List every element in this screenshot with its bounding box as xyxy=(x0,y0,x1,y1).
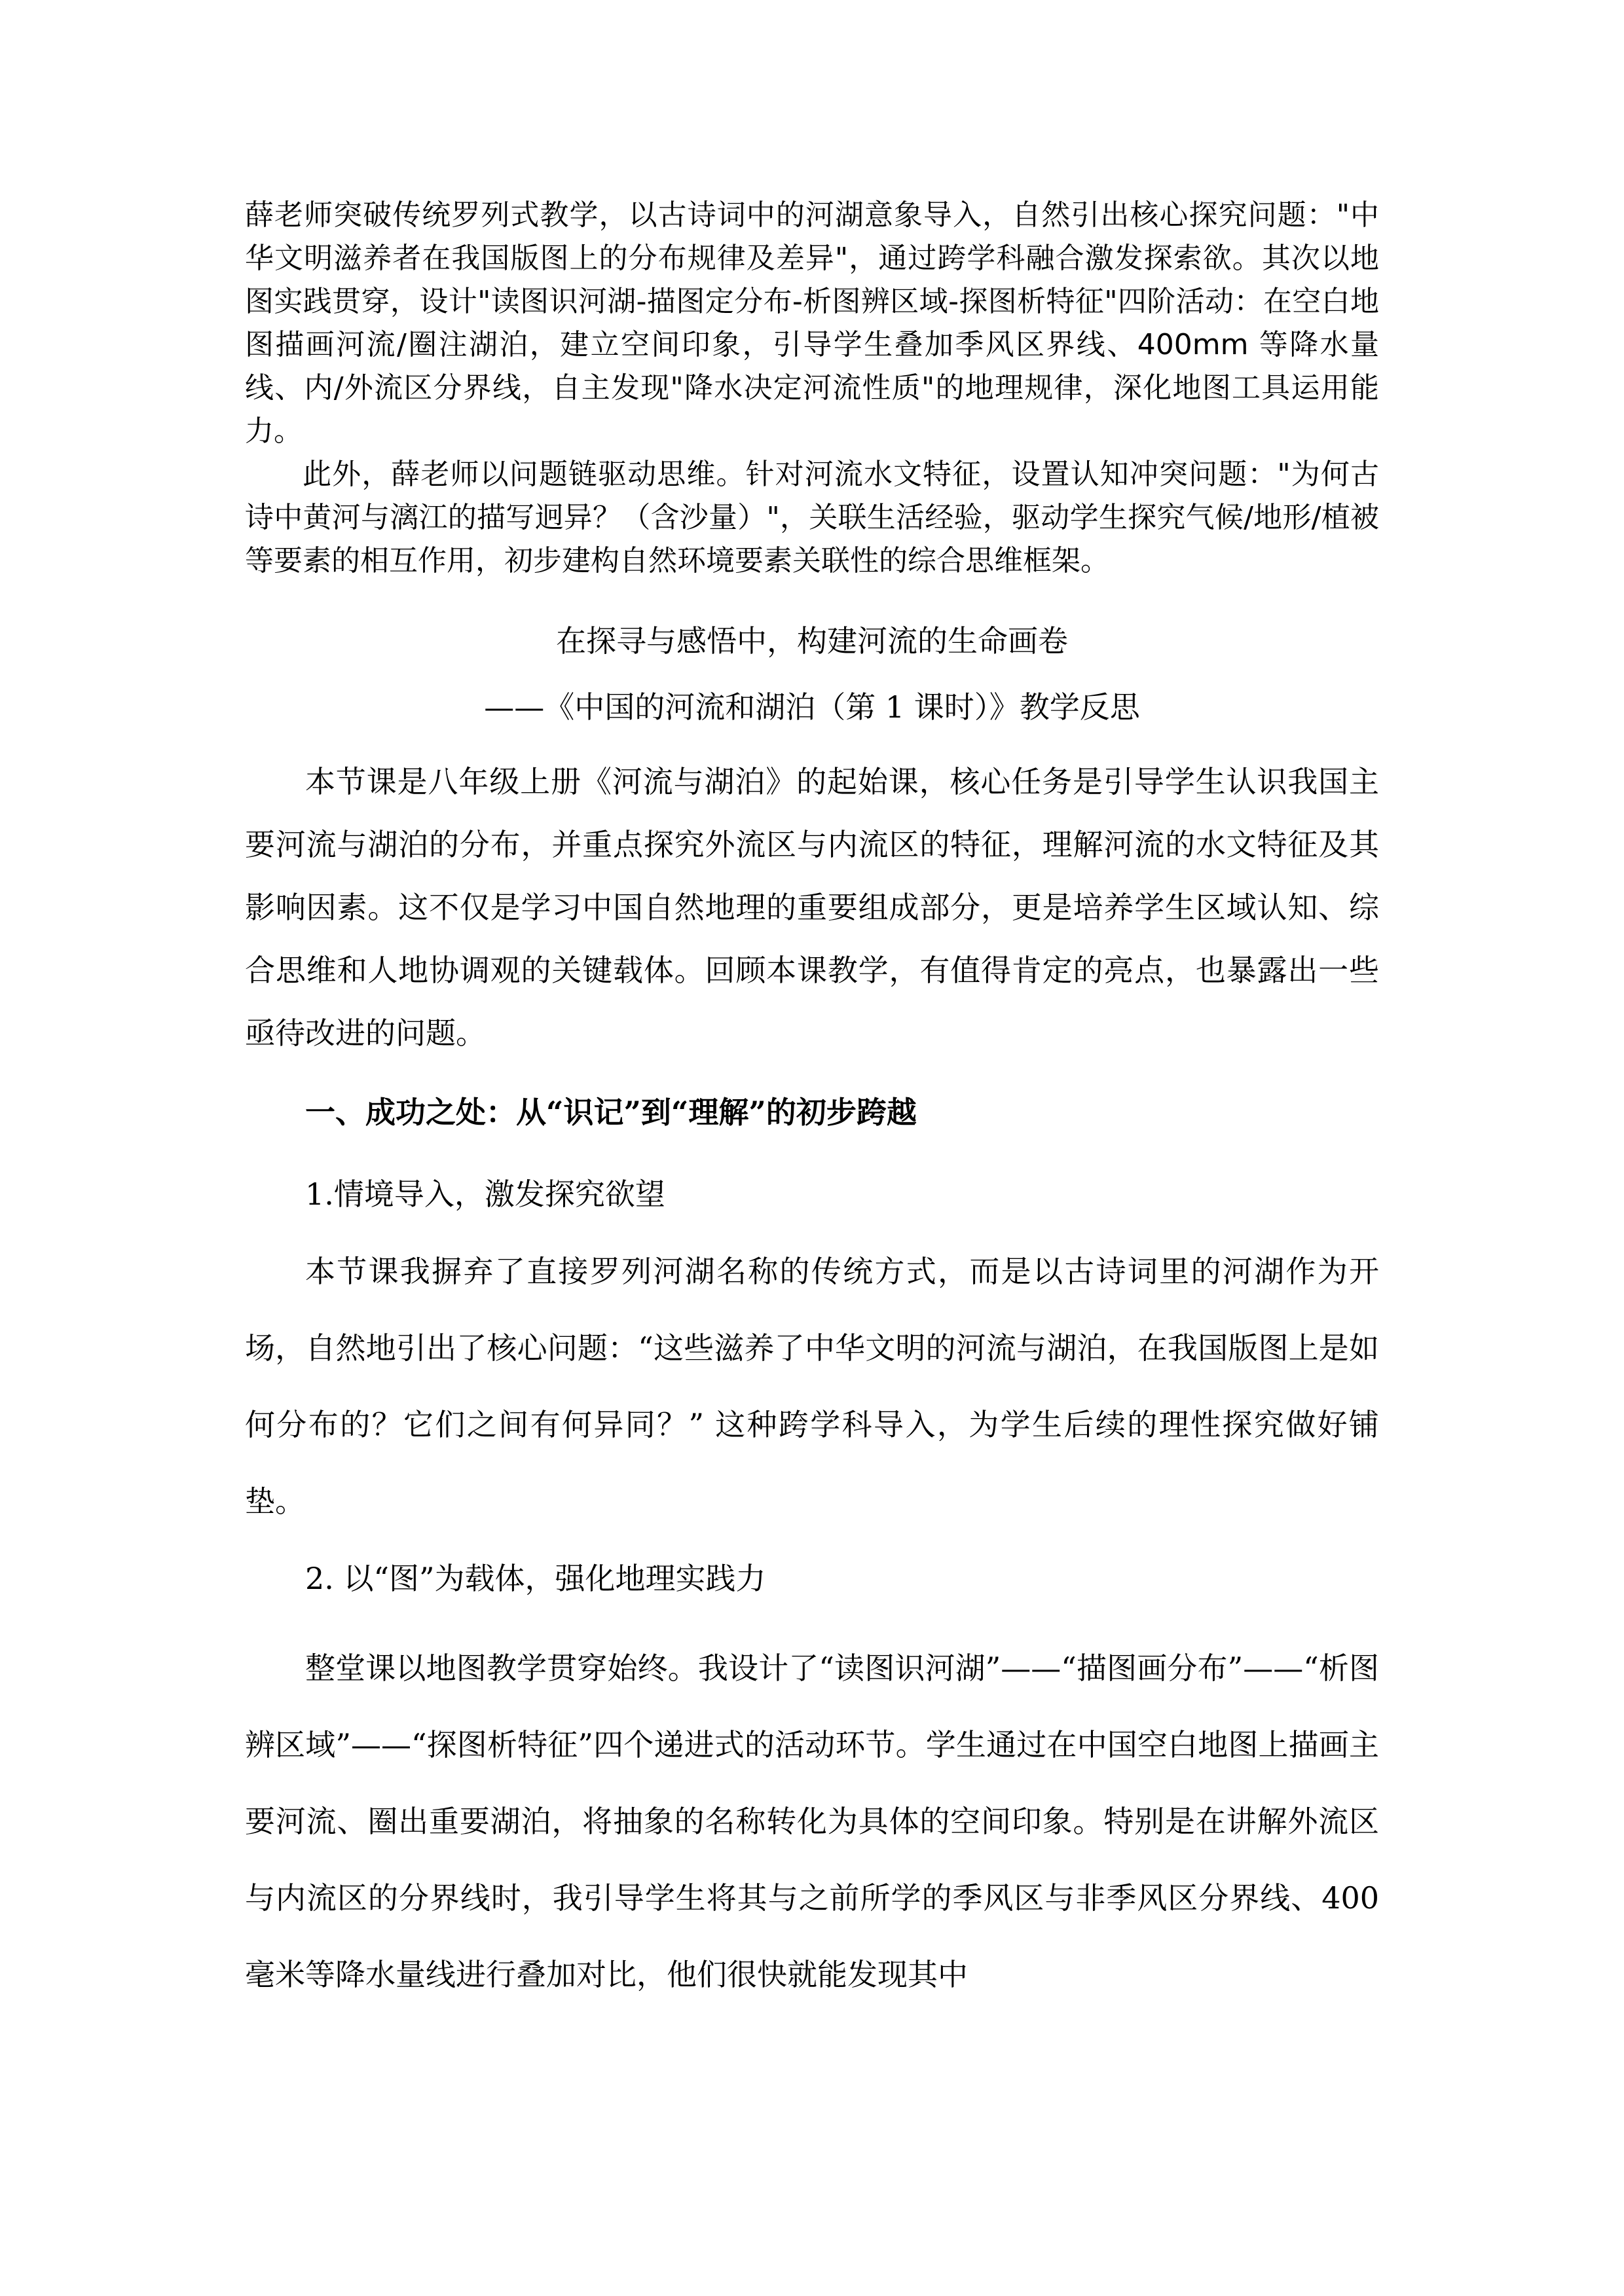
overview-paragraph: 本节课是八年级上册《河流与湖泊》的起始课，核心任务是引导学生认识我国主要河流与湖… xyxy=(245,750,1379,1065)
doc-title: 在探寻与感悟中，构建河流的生命画卷 xyxy=(245,608,1379,674)
section-1-heading: 一、成功之处：从“识记”到“理解”的初步跨越 xyxy=(245,1081,1379,1144)
text-column: 薛老师突破传统罗列式教学，以古诗词中的河湖意象导入，自然引出核心探究问题："中华… xyxy=(245,0,1379,2013)
subsection-2-paragraph: 整堂课以地图教学贯穿始终。我设计了“读图识河湖”——“描图画分布”——“析图辨区… xyxy=(245,1630,1379,2013)
subsection-1-heading: 1.情境导入，激发探究欲望 xyxy=(245,1163,1379,1226)
title-block: 在探寻与感悟中，构建河流的生命画卷 ——《中国的河流和湖泊（第 1 课时）》教学… xyxy=(245,608,1379,740)
intro-paragraph-1: 薛老师突破传统罗列式教学，以古诗词中的河湖意象导入，自然引出核心探究问题："中华… xyxy=(245,194,1379,453)
reflection-body: 本节课是八年级上册《河流与湖泊》的起始课，核心任务是引导学生认识我国主要河流与湖… xyxy=(245,750,1379,2013)
intro-comment-block: 薛老师突破传统罗列式教学，以古诗词中的河湖意象导入，自然引出核心探究问题："中华… xyxy=(245,194,1379,583)
subsection-2-heading: 2. 以“图”为载体，强化地理实践力 xyxy=(245,1547,1379,1610)
doc-subtitle: ——《中国的河流和湖泊（第 1 课时）》教学反思 xyxy=(245,674,1379,740)
subsection-1-paragraph: 本节课我摒弃了直接罗列河湖名称的传统方式，而是以古诗词里的河湖作为开场，自然地引… xyxy=(245,1233,1379,1540)
document-page: 薛老师突破传统罗列式教学，以古诗词中的河湖意象导入，自然引出核心探究问题："中华… xyxy=(0,0,1624,2296)
intro-paragraph-2: 此外，薛老师以问题链驱动思维。针对河流水文特征，设置认知冲突问题："为何古诗中黄… xyxy=(245,453,1379,583)
